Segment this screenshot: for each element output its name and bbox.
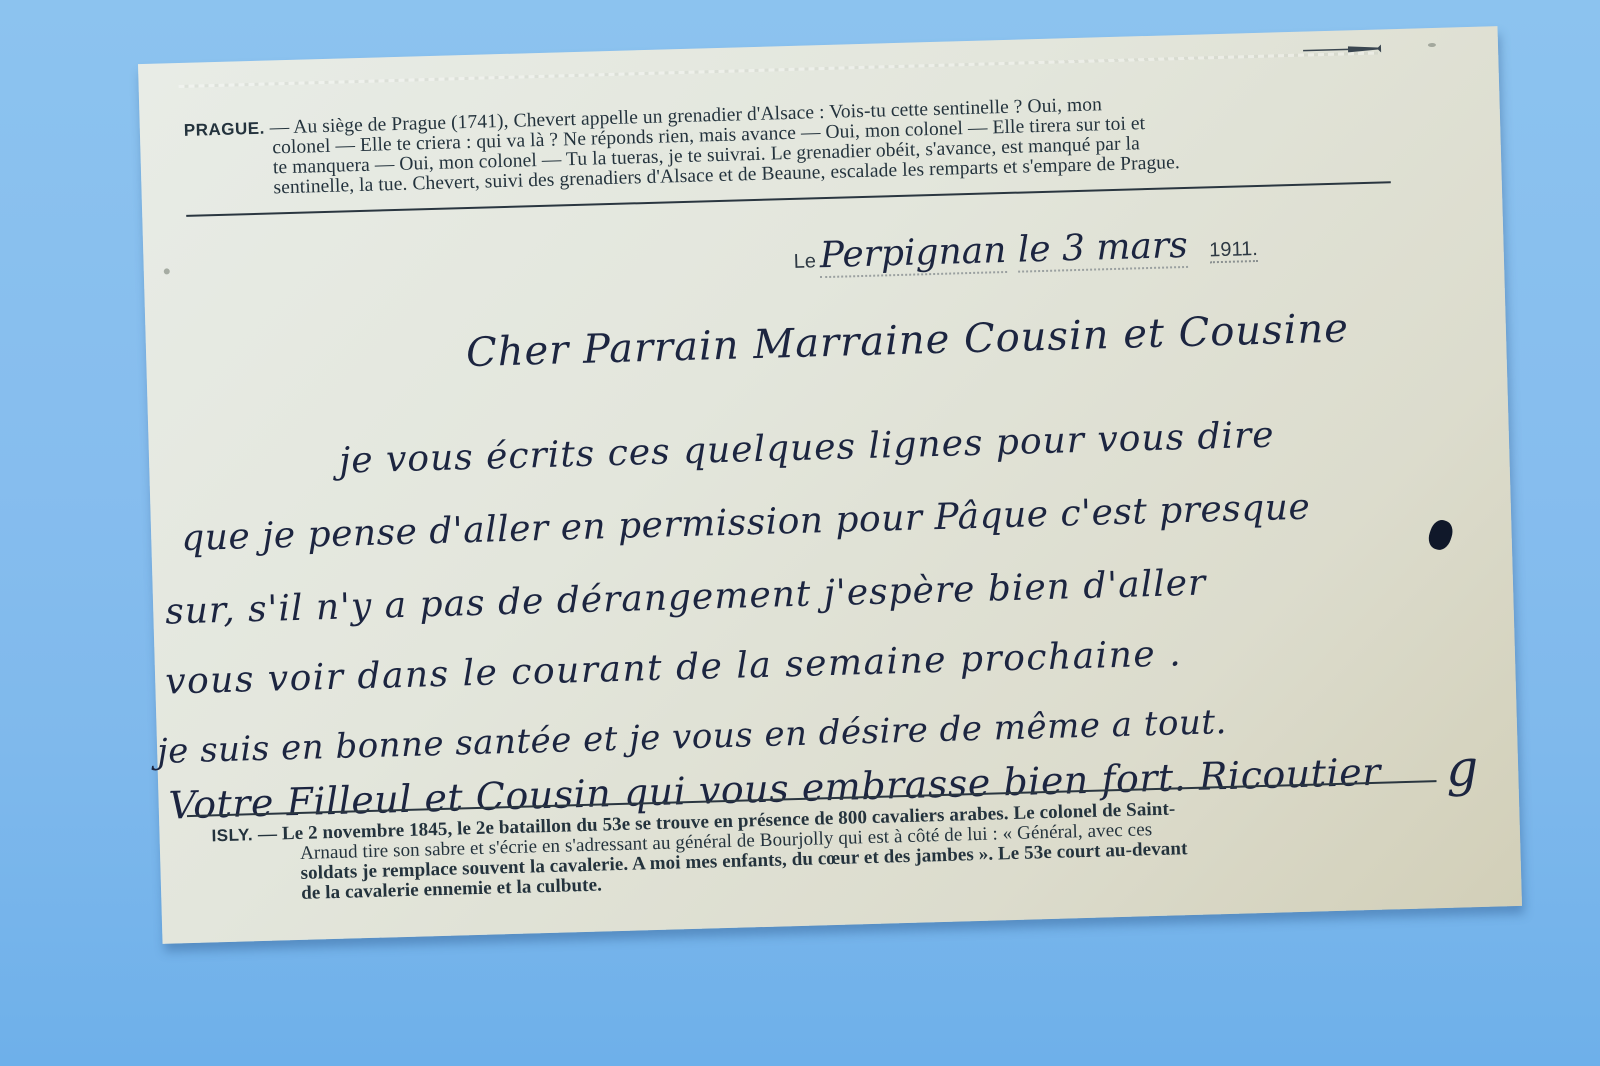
bottom-caption-heading: ISLY. <box>211 825 253 845</box>
letter-line-1: je vous écrits ces quelques lignes pour … <box>339 415 1275 482</box>
paper-speck <box>1428 43 1436 47</box>
embossed-border <box>179 52 1379 89</box>
dateline-day: le 3 mars <box>1017 225 1188 273</box>
letter-line-4: vous voir dans le courant de la semaine … <box>165 633 1183 702</box>
dateline-year: 1911. <box>1209 238 1258 263</box>
letter-salutation: Cher Parrain Marraine Cousin et Cousine <box>466 305 1350 376</box>
signature-mark: g <box>1445 739 1479 798</box>
dateline-prefix: Le <box>793 250 816 273</box>
top-caption: PRAGUE. — Au siège de Prague (1741), Che… <box>184 87 1401 201</box>
dateline-place: Perpignan <box>819 230 1007 278</box>
letter-line-3: sur, s'il n'y a pas de dérangement j'esp… <box>165 563 1207 633</box>
paper-speck <box>164 268 170 274</box>
top-caption-heading: PRAGUE. <box>184 119 265 140</box>
postcard: PRAGUE. — Au siège de Prague (1741), Che… <box>138 26 1522 944</box>
dateline: LePerpignan le 3 mars 1911. <box>793 223 1258 277</box>
letter-line-2: que je pense d'aller en permission pour … <box>181 487 1311 560</box>
ink-blot <box>1425 517 1455 552</box>
